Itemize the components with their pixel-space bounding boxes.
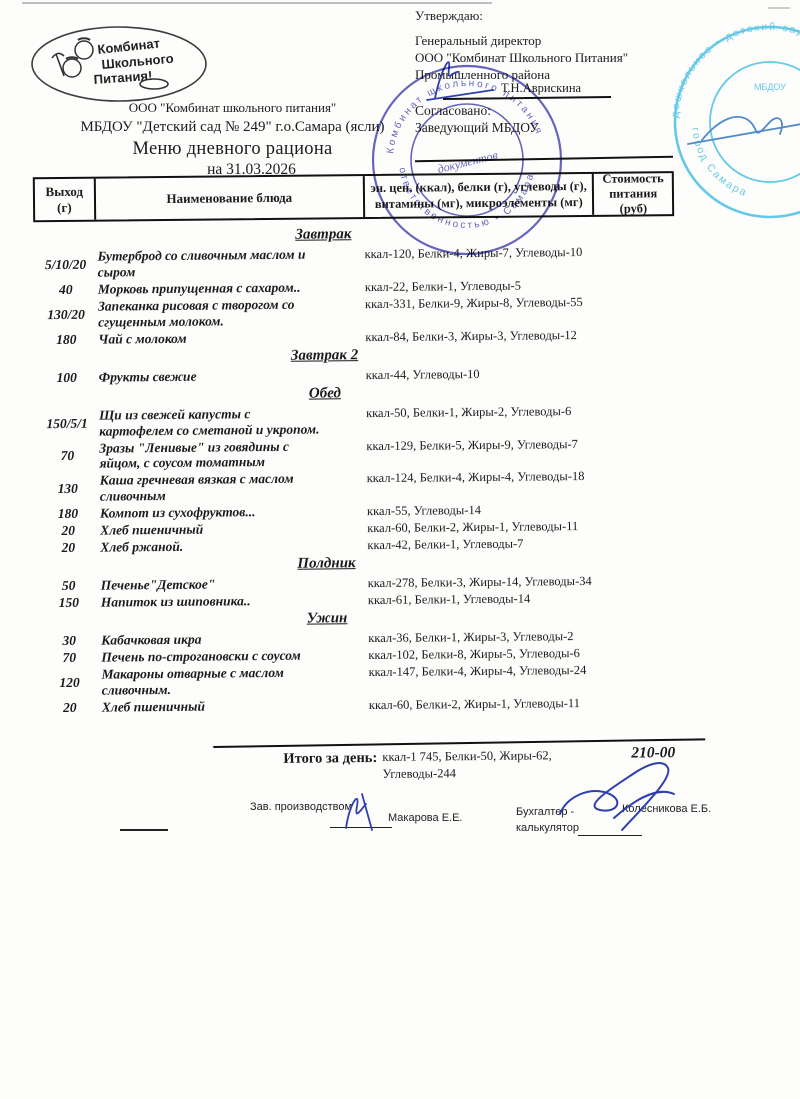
- dish-nutrition: ккал-331, Белки-9, Жиры-8, Углеводы-55: [365, 293, 665, 311]
- chef-signature: [332, 786, 392, 834]
- menu-row: 5/10/20 Бутерброд со сливочным маслом и …: [33, 243, 693, 281]
- dish-nutrition: ккал-60, Белки-2, Жиры-1, Углеводы-11: [367, 517, 667, 535]
- portion-value: 40: [34, 281, 98, 298]
- col-dish-header: Наименование блюда: [93, 176, 363, 220]
- dish-nutrition: ккал-50, Белки-1, Жиры-2, Углеводы-6: [366, 402, 666, 420]
- stamp-cyan-inner-text: МБДОУ: [754, 82, 786, 92]
- portion-value: 100: [35, 369, 99, 386]
- svg-text:ответственностью • Самара: ответственностью • Самара: [396, 167, 536, 231]
- stamp-cyan-signature: [688, 117, 800, 144]
- totals-label: Итого за день:: [283, 750, 377, 768]
- dish-nutrition: ккал-44, Углеводы-10: [366, 364, 666, 382]
- document-core: Выход (г) Наименование блюда эн. цен. (к…: [0, 0, 798, 1]
- portion-value: 130/20: [34, 306, 98, 323]
- portion-value: 70: [37, 650, 101, 667]
- menu-row: 150/5/1 Щи из свежей капусты с картофеле…: [35, 402, 695, 440]
- dish-nutrition: ккал-129, Белки-5, Жиры-9, Углеводы-7: [366, 435, 666, 453]
- dish-name: Хлеб пшеничный: [100, 521, 322, 539]
- menu-row: 70 Зразы "Ленивые" из говядины с яйцом, …: [35, 434, 695, 472]
- dish-name: Каша гречневая вязкая с маслом сливочным: [100, 471, 322, 505]
- section-title-snack: Полдник: [36, 553, 616, 576]
- dish-nutrition: ккал-147, Белки-4, Жиры-4, Углеводы-24: [368, 661, 668, 679]
- portion-value: 70: [35, 448, 99, 465]
- portion-value: 20: [38, 700, 102, 717]
- document-titles: ООО "Комбинат школьного питания" МБДОУ "…: [55, 100, 410, 179]
- dish-name: Запеканка рисовая с творогом со сгущенны…: [98, 296, 320, 330]
- scan-artifact-mark: [768, 7, 790, 9]
- dish-name: Хлеб пшеничный: [102, 698, 324, 716]
- svg-text:дошкольное • детский сад № 249: дошкольное • детский сад № 249: [669, 21, 800, 118]
- section-title-breakfast2: Завтрак 2: [34, 344, 614, 367]
- dish-nutrition: ккал-84, Белки-3, Жиры-3, Углеводы-12: [365, 326, 665, 344]
- accountant-signature: [552, 758, 682, 846]
- col-output-header: Выход (г): [35, 179, 94, 221]
- menu-table-header: Выход (г) Наименование блюда эн. цен. (к…: [33, 171, 674, 222]
- dish-name: Щи из свежей капусты с картофелем со сме…: [99, 405, 321, 439]
- logo-whisk-icon: [52, 53, 64, 76]
- section-title-dinner: Ужин: [37, 608, 617, 631]
- approve-label: Утверждаю:: [415, 8, 687, 25]
- portion-value: 20: [36, 540, 100, 557]
- dish-name: Компот из сухофруктов...: [100, 504, 322, 522]
- menu-row: 130/20 Запеканка рисовая с творогом со с…: [34, 293, 694, 331]
- logo-chef-face-1: [75, 41, 93, 59]
- chef-name: Макарова Е.Е.: [388, 812, 463, 824]
- dish-nutrition: ккал-36, Белки-1, Жиры-3, Углеводы-2: [368, 627, 668, 645]
- dish-name: Бутерброд со сливочным маслом и сыром: [97, 247, 319, 281]
- dish-name: Печень по-строгановски с соусом: [101, 648, 323, 666]
- dish-nutrition: ккал-278, Белки-3, Жиры-14, Углеводы-34: [368, 572, 668, 590]
- dish-name: Печенье"Детское": [101, 576, 323, 594]
- section-title-lunch: Обед: [35, 382, 615, 405]
- portion-value: 150/5/1: [35, 415, 99, 432]
- portion-value: 180: [36, 506, 100, 523]
- org-title: ООО "Комбинат школьного питания": [55, 100, 410, 116]
- dish-nutrition: ккал-61, Белки-1, Углеводы-14: [368, 589, 668, 607]
- portion-value: 30: [37, 633, 101, 650]
- portion-value: 20: [36, 523, 100, 540]
- logo-text-line3: Питания!: [93, 68, 153, 87]
- portion-value: 150: [37, 595, 101, 612]
- dish-name: Макароны отварные с маслом сливочным.: [101, 665, 323, 699]
- dish-name: Морковь припущенная с сахаром..: [98, 279, 320, 297]
- portion-value: 180: [34, 331, 98, 348]
- dish-nutrition: ккал-22, Белки-1, Углеводы-5: [365, 276, 665, 294]
- logo-chef-hat-1: [78, 38, 90, 40]
- logo-chef-face-2: [63, 59, 81, 77]
- stamp-round-cyan: дошкольное • детский сад № 249 город Сам…: [652, 16, 800, 234]
- stamp-round-blue: Комбинат школьного питания ответственнос…: [368, 62, 566, 262]
- dish-name: Напиток из шиповника..: [101, 593, 323, 611]
- dish-nutrition: ккал-124, Белки-4, Жиры-4, Углеводы-18: [367, 468, 667, 486]
- dish-nutrition: ккал-60, Белки-2, Жиры-1, Углеводы-11: [369, 694, 669, 712]
- dish-nutrition: ккал-102, Белки-8, Жиры-5, Углеводы-6: [368, 644, 668, 662]
- portion-value: 130: [36, 481, 100, 498]
- dish-name: Хлеб ржаной.: [100, 538, 322, 556]
- stamp-blue-arc-bottom-text: ответственностью • Самара: [396, 167, 536, 231]
- stamp-blue-inner-text: документов: [436, 148, 499, 176]
- stray-line: [120, 829, 168, 831]
- portion-value: 5/10/20: [34, 257, 98, 274]
- stamp-cyan-arc-top-text: дошкольное • детский сад № 249: [669, 21, 800, 118]
- logo-stamp: Комбинат Школьного Питания!: [28, 22, 210, 110]
- dish-name: Зразы "Ленивые" из говядины с яйцом, с с…: [99, 438, 321, 472]
- dish-name: Чай с молоком: [98, 329, 320, 347]
- institution-title: МБДОУ "Детский сад № 249" г.о.Самара (яс…: [55, 119, 410, 136]
- portion-value: 50: [37, 578, 101, 595]
- menu-document-page: Комбинат Школьного Питания! Утверждаю: Г…: [0, 0, 800, 1099]
- doc-title: Меню дневного рациона: [55, 139, 410, 160]
- dish-name: Кабачковая икра: [101, 631, 323, 649]
- dish-name: Фрукты свежие: [99, 367, 321, 385]
- portion-value: 120: [38, 675, 102, 692]
- menu-row: 130 Каша гречневая вязкая с маслом сливо…: [36, 467, 696, 505]
- dish-nutrition: ккал-42, Белки-1, Углеводы-7: [367, 534, 667, 552]
- menu-row: 120 Макароны отварные с маслом сливочным…: [37, 661, 697, 699]
- menu-body: Завтрак 5/10/20 Бутерброд со сливочным м…: [33, 221, 698, 717]
- scan-artifact-line: [22, 2, 492, 4]
- dish-nutrition: ккал-55, Углеводы-14: [367, 500, 667, 518]
